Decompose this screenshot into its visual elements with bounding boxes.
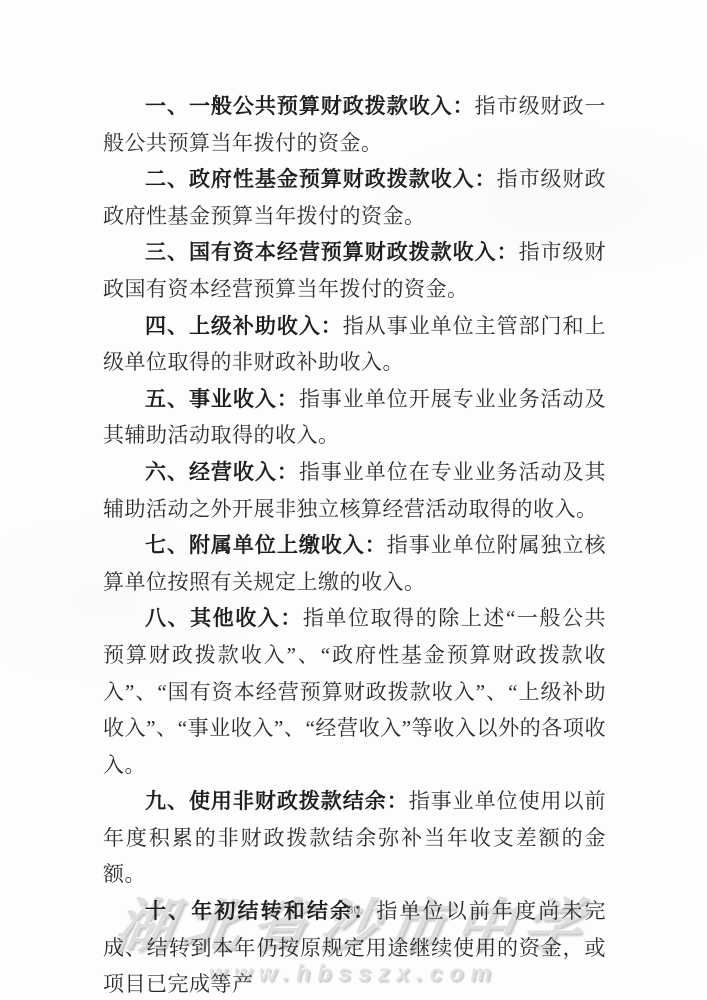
document-page: 一、一般公共预算财政拨款收入：指市级财政一般公共预算当年拨付的资金。 二、政府性… <box>0 0 707 1000</box>
definition-text: 指单位取得的除上述“一般公共预算财政拨款收入”、“政府性基金预算财政拨款收入”、… <box>103 606 606 776</box>
term: 一、一般公共预算财政拨款收入： <box>145 94 475 118</box>
term: 二、政府性基金预算财政拨款收入： <box>145 167 497 191</box>
term: 五、事业收入： <box>145 387 299 411</box>
definition-item: 五、事业收入：指事业单位开展专业业务活动及其辅助活动取得的收入。 <box>103 381 606 454</box>
term: 六、经营收入： <box>145 460 299 484</box>
page-number: 30 <box>0 902 707 918</box>
term: 八、其他收入： <box>145 606 303 630</box>
term: 七、附属单位上缴收入： <box>145 533 387 557</box>
definition-item: 七、附属单位上缴收入：指事业单位附属独立核算单位按照有关规定上缴的收入。 <box>103 527 606 600</box>
term: 三、国有资本经营预算财政拨款收入： <box>145 240 519 264</box>
definition-item: 八、其他收入：指单位取得的除上述“一般公共预算财政拨款收入”、“政府性基金预算财… <box>103 600 606 783</box>
definition-item: 四、上级补助收入：指从事业单位主管部门和上级单位取得的非财政补助收入。 <box>103 308 606 381</box>
definition-item: 一、一般公共预算财政拨款收入：指市级财政一般公共预算当年拨付的资金。 <box>103 88 606 161</box>
definition-item: 二、政府性基金预算财政拨款收入：指市级财政政府性基金预算当年拨付的资金。 <box>103 161 606 234</box>
definition-item: 三、国有资本经营预算财政拨款收入：指市级财政国有资本经营预算当年拨付的资金。 <box>103 234 606 307</box>
term: 九、使用非财政拨款结余： <box>145 789 409 813</box>
definition-item: 六、经营收入：指事业单位在专业业务活动及其辅助活动之外开展非独立核算经营活动取得… <box>103 454 606 527</box>
term: 四、上级补助收入： <box>145 314 343 338</box>
definition-item: 九、使用非财政拨款结余：指事业单位使用以前年度积累的非财政拨款结余弥补当年收支差… <box>103 783 606 893</box>
definitions-list: 一、一般公共预算财政拨款收入：指市级财政一般公共预算当年拨付的资金。 二、政府性… <box>103 88 606 1000</box>
